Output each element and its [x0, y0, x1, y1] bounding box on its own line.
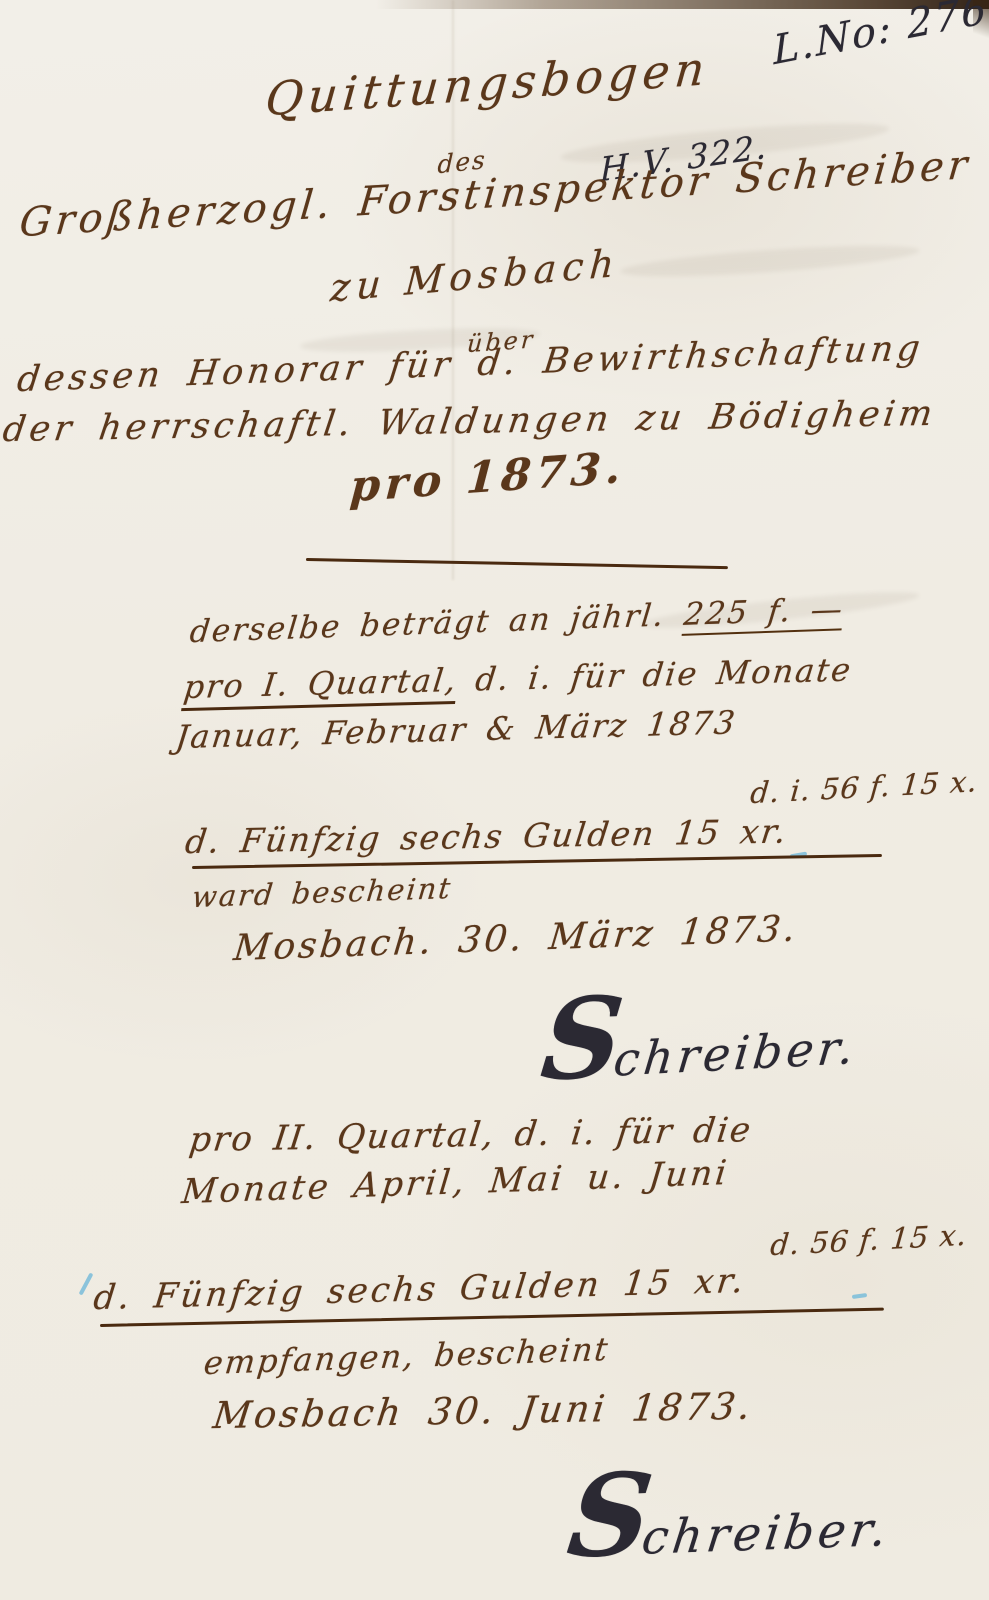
q2-heading-line: pro II. Quartal, d. i. für die: [187, 1110, 755, 1160]
q2-amount-words-line: d. Fünfzig sechs Gulden 15 xr.: [91, 1261, 748, 1318]
q1-dateline: Mosbach. 30. März 1873.: [232, 908, 800, 969]
q1-signature: Schreiber.: [537, 975, 864, 1092]
annual-amount-prefix: derselbe beträgt an jährl.: [188, 597, 686, 650]
q1-heading-underlined: pro I. Quartal,: [181, 661, 460, 711]
q1-months-line: Januar, Februar & März 1873: [174, 703, 739, 756]
blue-margin-mark: [79, 1272, 94, 1295]
subject-line-2: der herrschaftl. Waldungen zu Bödigheim: [0, 394, 938, 450]
q1-amount-line: d. i. 56 f. 15 x.: [749, 764, 979, 810]
blue-check-tick: [852, 1293, 867, 1299]
book-edge-top: [0, 0, 989, 9]
q2-heading-rest: d. i. für die: [493, 1110, 755, 1155]
issuer-place-line: zu Mosbach: [329, 241, 622, 311]
q1-heading-line: pro I. Quartal, d. i. für die Monate: [182, 650, 855, 706]
q2-dateline: Mosbach 30. Juni 1873.: [211, 1385, 756, 1438]
issuer-line: Großherzogl. Forstinspektor Schreiber: [18, 142, 974, 247]
q2-signature: Schreiber.: [563, 1455, 899, 1568]
annual-amount-line: derselbe beträgt an jährl. 225 f. —: [188, 591, 846, 650]
year-line: pro 1873.: [348, 443, 627, 513]
q2-heading-underlined: pro II. Quartal,: [187, 1115, 498, 1160]
q1-heading-rest: d. i. für die Monate: [455, 650, 854, 698]
q2-months-line: Monate April, Mai u. Juni: [180, 1153, 731, 1212]
q2-amount-line: d. 56 f. 15 x.: [769, 1218, 969, 1263]
annual-amount-value: 225 f. —: [682, 591, 846, 636]
ink-bleedthrough: [620, 240, 921, 283]
q1-certify-line: ward bescheint: [190, 871, 453, 914]
q1-amount-words-line: d. Fünfzig sechs Gulden 15 xr.: [183, 811, 790, 861]
document-title: Quittungsbogen: [263, 41, 711, 126]
manuscript-page: L.No: 276. H.V. 322. Quittungsbogen des …: [0, 0, 989, 1600]
q2-certify-line: empfangen, bescheint: [202, 1330, 611, 1382]
separator-rule: [306, 558, 728, 569]
registry-serial-number: L.No: 276.: [772, 0, 989, 74]
